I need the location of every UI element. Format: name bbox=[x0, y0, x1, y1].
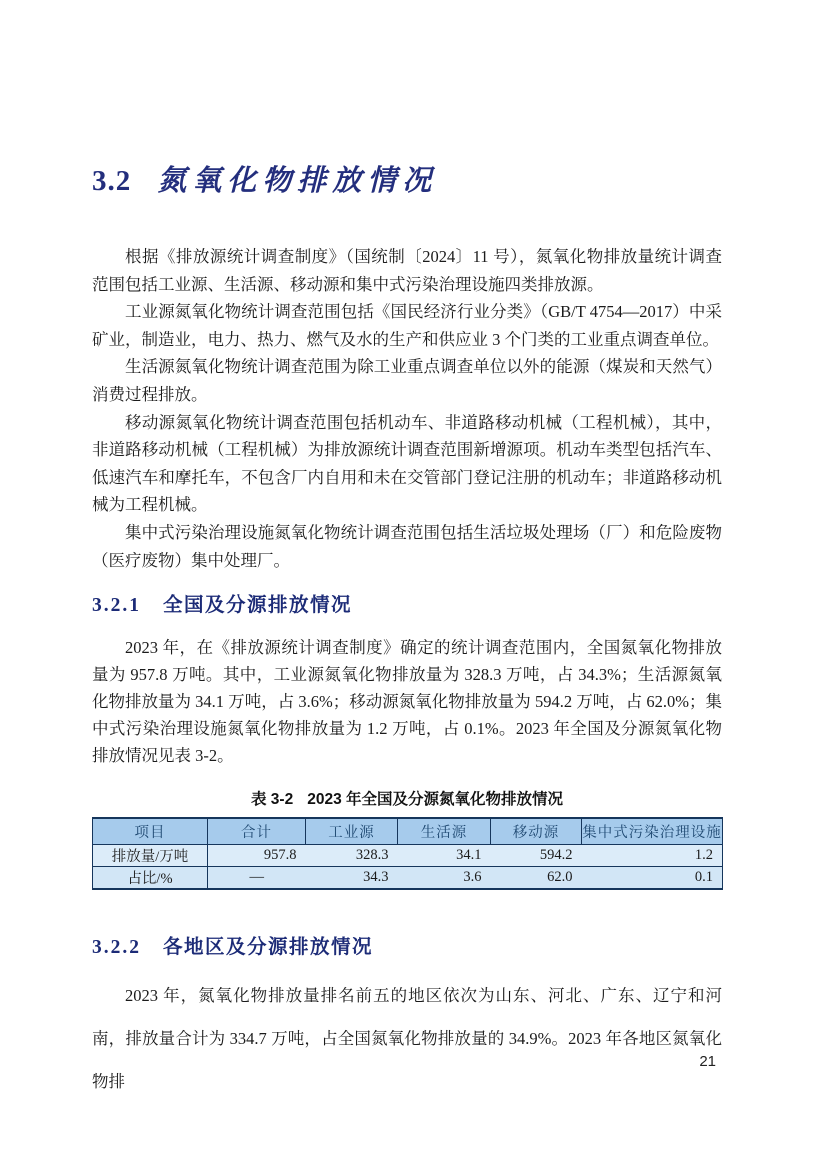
emissions-table: 项目 合计 工业源 生活源 移动源 集中式污染治理设施 排放量/万吨 957.8… bbox=[92, 817, 723, 890]
cell-industrial: 34.3 bbox=[306, 866, 398, 889]
cell-mobile: 62.0 bbox=[491, 866, 582, 889]
table-caption: 表 3-22023 年全国及分源氮氧化物排放情况 bbox=[92, 790, 722, 810]
paragraph-residential-source: 生活源氮氧化物统计调查范围为除工业重点调查单位以外的能源（煤炭和天然气）消费过程… bbox=[92, 353, 722, 408]
col-header-residential: 生活源 bbox=[398, 818, 491, 844]
cell-total: — bbox=[208, 866, 306, 889]
table-caption-label: 表 3-2 bbox=[251, 791, 293, 808]
col-header-centralized: 集中式污染治理设施 bbox=[582, 818, 723, 844]
cell-centralized: 0.1 bbox=[582, 866, 723, 889]
cell-industrial: 328.3 bbox=[306, 844, 398, 866]
section-title: 氮氧化物排放情况 bbox=[157, 165, 437, 197]
subsection-1-title: 全国及分源排放情况 bbox=[163, 594, 352, 616]
row-label: 占比/% bbox=[93, 866, 208, 889]
cell-total: 957.8 bbox=[208, 844, 306, 866]
col-header-mobile: 移动源 bbox=[491, 818, 582, 844]
subsection-2-number: 3.2.2 bbox=[92, 937, 141, 958]
table-header-row: 项目 合计 工业源 生活源 移动源 集中式污染治理设施 bbox=[93, 818, 723, 844]
subsection-1-paragraph: 2023 年，在《排放源统计调查制度》确定的统计调查范围内，全国氮氧化物排放量为… bbox=[92, 634, 722, 769]
cell-centralized: 1.2 bbox=[582, 844, 723, 866]
subsection-2-paragraph: 2023 年，氮氧化物排放量排名前五的地区依次为山东、河北、广东、辽宁和河南，排… bbox=[92, 974, 722, 1103]
paragraph-centralized-facilities: 集中式污染治理设施氮氧化物统计调查范围包括生活垃圾处理场（厂）和危险废物（医疗废… bbox=[92, 519, 722, 574]
page-number: 21 bbox=[699, 1053, 716, 1070]
document-page: 3.2氮氧化物排放情况 根据《排放源统计调查制度》（国统制〔2024〕11 号）… bbox=[0, 0, 814, 1152]
paragraph-mobile-source: 移动源氮氧化物统计调查范围包括机动车、非道路移动机械（工程机械），其中，非道路移… bbox=[92, 409, 722, 519]
section-number: 3.2 bbox=[92, 165, 131, 197]
cell-residential: 34.1 bbox=[398, 844, 491, 866]
paragraph-scope-overview: 根据《排放源统计调查制度》（国统制〔2024〕11 号），氮氧化物排放量统计调查… bbox=[92, 243, 722, 298]
subsection-2-heading: 3.2.2各地区及分源排放情况 bbox=[92, 933, 722, 962]
subsection-1-heading: 3.2.1全国及分源排放情况 bbox=[92, 591, 722, 620]
table-row-emission: 排放量/万吨 957.8 328.3 34.1 594.2 1.2 bbox=[93, 844, 723, 866]
col-header-item: 项目 bbox=[93, 818, 208, 844]
page-content: 3.2氮氧化物排放情况 根据《排放源统计调查制度》（国统制〔2024〕11 号）… bbox=[92, 0, 722, 1103]
table-caption-title: 2023 年全国及分源氮氧化物排放情况 bbox=[307, 791, 563, 808]
col-header-total: 合计 bbox=[208, 818, 306, 844]
section-paragraphs: 根据《排放源统计调查制度》（国统制〔2024〕11 号），氮氧化物排放量统计调查… bbox=[92, 243, 722, 574]
cell-residential: 3.6 bbox=[398, 866, 491, 889]
paragraph-industrial-source: 工业源氮氧化物统计调查范围包括《国民经济行业分类》（GB/T 4754—2017… bbox=[92, 298, 722, 353]
cell-mobile: 594.2 bbox=[491, 844, 582, 866]
table-row-share: 占比/% — 34.3 3.6 62.0 0.1 bbox=[93, 866, 723, 889]
subsection-2-title: 各地区及分源排放情况 bbox=[163, 936, 373, 958]
subsection-1-number: 3.2.1 bbox=[92, 595, 141, 616]
col-header-industrial: 工业源 bbox=[306, 818, 398, 844]
section-heading: 3.2氮氧化物排放情况 bbox=[92, 160, 722, 202]
row-label: 排放量/万吨 bbox=[93, 844, 208, 866]
